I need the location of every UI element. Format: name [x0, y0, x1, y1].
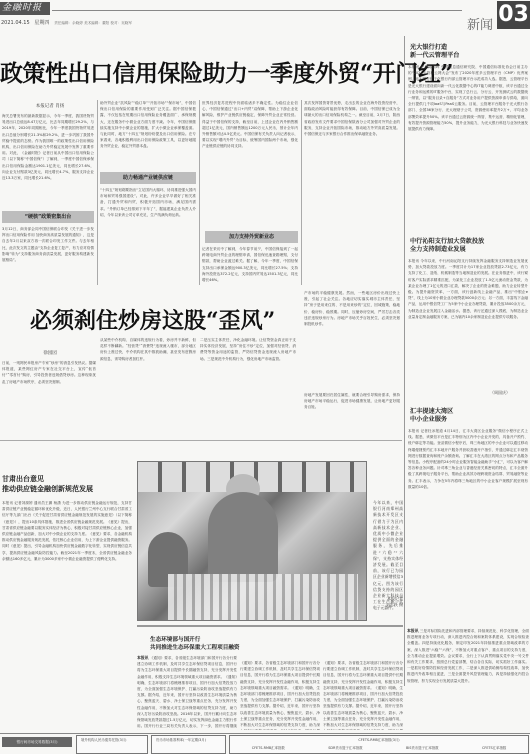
sidebar-article-3-body: 本报讯 记者杜冰报道 4月14日，汇丰大湾区企业服务“微信小程序正式上线。据悉，… [408, 428, 528, 623]
photo-worker-body [208, 492, 278, 582]
gansu-headline: 甘肃出台意见 推动供应链金融创新规范发展 [2, 474, 93, 494]
eco-body-col2: 《通知》要求，各省级生态环境部门和国开行各分行要建立协调工作机制，及时共享生态环… [240, 660, 320, 730]
gansu-body: 本报讯 记者刘源婷 通讯员王渊 杨潇 为进一步推动供应链金融运行规范，支持甘肃供… [2, 500, 132, 680]
sidebar-headline-3: 汇丰提速大湾区 中小企业服务 [410, 408, 453, 424]
bottom-right-article: 本报讯 三是对标国际先进和内部管理要求，持续规范化、科学化管理，全面推进理财业务… [407, 628, 529, 730]
lead-subhead-3: 加力支持外贸新业态 [205, 231, 298, 243]
sidebar-article-2-credit: （周国庆） [490, 390, 510, 396]
gansu-headline-line2: 推动供应链金融创新规范发展 [2, 484, 93, 494]
lead-headline: 政策性出口信用保险助力一季度外贸“开门红” [0, 55, 453, 88]
photo-divider [137, 625, 403, 627]
eco-body-col1: 本报讯 《通知》要求，各省级生态环境部门和国开行各分行要建立协调工作机制，及时共… [137, 655, 237, 730]
sidebar-headline-1-line1: 光大银行打造 [410, 44, 460, 52]
footer-panel-3-items: CFETS-RMB汇率指数 SDR货币篮子汇率指数 BIS货币篮子汇率指数 CF… [230, 742, 528, 750]
lead-subhead-2-text: “十四五”规划纲要指出“立足国内大循环，协同推进强大国内市场和贸易强国建设”。对… [100, 187, 196, 285]
photo-credit: 本报记者 刘忠跃 摄 [373, 596, 403, 608]
eco-headline-line1: 生态环境部与国开行 [150, 636, 240, 644]
footer-panel-2-title: 货币市场基准利率(一年定期/3月) [152, 736, 225, 743]
commentary-headline: 必须刹住炒房这股“歪风” [30, 304, 275, 335]
lead-column-1: 海关总署发布的最新数据显示，今年一季度，我国货物贸易进出口总值达8.47万亿元，… [2, 113, 94, 209]
sidebar-headline-2-line2: 全力支持制造业发展 [410, 246, 484, 254]
issue-date: 2021.04.15 [1, 20, 30, 26]
sidebar-headline-1-line2: 新一代云管理平台 [410, 52, 460, 60]
commentary-column-2: 从某些中介机构、自媒体的违规行为看，炒房并不新鲜，但花样不断翻新。“经营贷”“消… [100, 337, 196, 437]
column-rule [97, 100, 98, 285]
footer-panel-1: 境外机构人民币债券托管(3月) [76, 735, 148, 754]
sidebar-article-1-body: 本报讯 记者陈朝晖 中国信息通信研究院、中国通信标准化协会日前主办的“2021云… [408, 64, 528, 234]
footer-index-item: SDR货币篮子汇率指数 [328, 745, 362, 750]
factory-worker-photo [137, 461, 367, 621]
eco-body-text: 《通知》要求，各省级生态环境部门和国开行各分行要建立协调工作机制，及时共享生态环… [137, 656, 237, 730]
bottom-right-body: 三是对标国际先进和内部管理要求，持续规范化、科学化管理，全面推进理财业务专项行动… [407, 629, 529, 683]
photo-caption: 今年以来，中国银行河南郑州高新技术开发区支行借力于为区内高新技术企业、优质中小微… [373, 500, 403, 612]
sidebar-headline-3-line2: 中小企业服务 [410, 416, 453, 424]
lead-subhead-1: “硬核”政策密集出台 [2, 211, 94, 223]
lead-column-4: 其次发挥国资背景优势，走出去的企业在海外投资经营中，面临政治风险时能获得有效保障… [304, 100, 400, 286]
commentary-byline: 徐园园 [25, 350, 75, 356]
eco-body-col3: 《通知》要求，各省级生态环境部门和国开行各分行要建立协调工作机制，及时共享生态环… [323, 660, 403, 730]
sidebar-headline-2: 中行沁阳支行加大贷款投放 全力支持制造业发展 [410, 238, 484, 254]
lead-subhead-1-text: 3月12日，商务部会同中国信保联合印发《关于进一步发挥出口信用保险作用 加快商务… [2, 226, 94, 286]
sidebar-divider [404, 36, 405, 686]
footer-index-item: BIS货币篮子汇率指数 [406, 745, 439, 750]
column-rule [301, 100, 302, 285]
page-number: 03 [497, 1, 530, 29]
section-name: 新闻 [467, 14, 493, 33]
editor-credits: 责任编辑：余晓婷 美术编辑：董阳 校对：吴晓军 [54, 21, 132, 25]
footer-panel-1-title: 境外机构人民币债券托管(3月) [77, 736, 147, 743]
lead-column-3: 世界经济复苏进程中仍面临诸多不确定性。为稳住企业信心，中国信保通过“出口+内贸”… [202, 100, 298, 230]
masthead-divider [52, 10, 462, 11]
commentary-column-5: 房地产发展要回归居住属性，就要合理引导购房需求，保持房地产市场平稳运行，促进市场… [304, 392, 400, 438]
sidebar-headline-1: 光大银行打造 新一代云管理平台 [410, 44, 460, 60]
masthead-dateline: 2021.04.15 星期四 责任编辑：余晓婷 美术编辑：董阳 校对：吴晓军 [1, 19, 132, 26]
footer-rule [0, 733, 530, 734]
footer-panel-2: 货币市场基准利率(一年定期/3月) [151, 735, 226, 754]
gansu-body-text: 为进一步推动供应链金融运行规范，支持甘肃供应链产业链稳定循环和优化升级，近日，人… [2, 501, 132, 561]
eco-tag: 本报讯 [137, 655, 149, 660]
commentary-column-3: 二是压实主体责任，净化金融环境。让信贷资金真正用于支持实体经济发展，坚持“房住不… [200, 337, 296, 437]
eco-headline: 生态环境部与国开行 共同推进生态环保重大工程项目融资 [150, 636, 240, 652]
bottom-right-tag: 本报讯 [407, 628, 419, 633]
section-divider [0, 440, 402, 441]
lead-subhead-3-text: 记者在采访中了解到，今年春节前夕，中国信保接到了一起跨境电商外贸企业的理赔申请，… [202, 246, 298, 286]
footer-panel-3: CFETS-RMB汇率指数(3月) CFETS-RMB汇率指数 SDR货币篮子汇… [229, 735, 529, 754]
footer-index-item: CFETS汇率指数 [482, 745, 506, 750]
commentary-column-4: 产市场的平稳健康发展。然而，一些地区房价出现过快上涨，引起了社会关注。各地应切实… [304, 290, 400, 390]
gansu-headline-line1: 甘肃出台意见 [2, 474, 93, 484]
gansu-byline: 本报讯 记者刘源婷 通讯员王渊 杨潇 [2, 501, 61, 505]
photo-component-tray [168, 574, 358, 621]
photo-credit-line2: 刘忠跃 摄 [373, 602, 403, 608]
column-rule [199, 100, 200, 285]
lead-subhead-2: 助力畅通产业链供应链 [100, 172, 196, 184]
eco-headline-line2: 共同推进生态环保重大工程项目融资 [150, 644, 240, 652]
lead-byline: 本报记者 肖扬 [20, 103, 80, 109]
lead-column-2: 助外贸企业“抗风险”“稳订单”“开拓市场”“保市场”，中国信保出口信用保险的重要… [100, 100, 196, 170]
issue-weekday: 星期四 [34, 20, 49, 26]
sidebar-headline-2-line1: 中行沁阳支行加大贷款投放 [410, 238, 484, 246]
footer-market-data-label: 银行间市场交易数据(3月) [2, 737, 72, 747]
newspaper-logo: 金融时报 [0, 2, 50, 15]
sidebar-headline-3-line1: 汇丰提速大湾区 [410, 408, 453, 416]
commentary-column-1: 日前，一则网民举报房产专家“炒房”的消息引发热议。据媒体报道，某些网红房产专家在… [2, 360, 96, 436]
sidebar-article-2-body: 本报讯 今年以来，中行河南沁阳支行持续发挥金融服务支持制造业发展优势，加大贷款投… [408, 258, 528, 390]
footer-index-item: CFETS-RMB汇率指数 [252, 745, 285, 750]
